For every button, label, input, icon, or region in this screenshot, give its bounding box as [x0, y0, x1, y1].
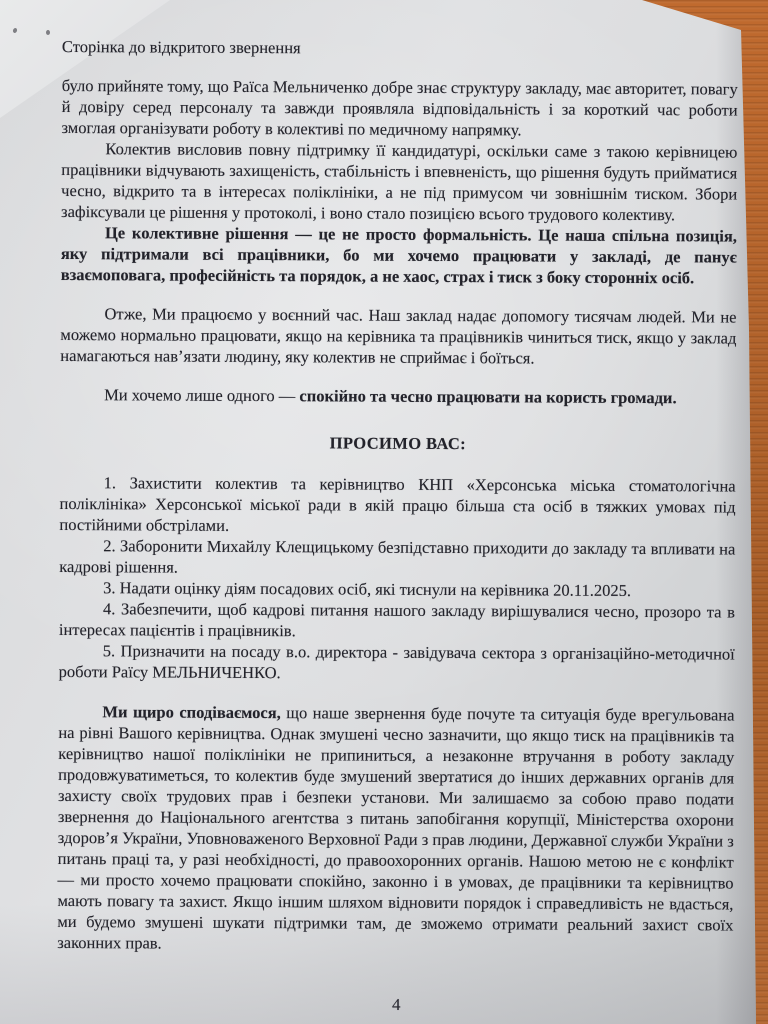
closing-paragraph: Ми щиро сподіваємося, що наше звернення …	[57, 701, 734, 957]
wish-text-bold: спокійно та чесно працювати на користь г…	[299, 386, 676, 407]
request-item-1: 1. Захистити колектив та керівництво КНП…	[59, 472, 735, 539]
staple-mark	[46, 30, 50, 35]
closing-text-bold: Ми щиро сподіваємося,	[102, 702, 280, 722]
request-item-4: 4. Забезпечити, щоб кадрові питання нашо…	[59, 598, 735, 644]
paragraph-collective-decision: Це колективне рішення — це не просто фор…	[61, 222, 737, 289]
document-page: Сторінка до відкритого звернення було пр…	[0, 0, 768, 1024]
section-heading: ПРОСИМО ВАС:	[60, 431, 736, 456]
page-number: 4	[392, 995, 401, 1015]
request-item-2: 2. Заборонити Михайлу Клещицькому безпід…	[59, 535, 735, 581]
header-note: Сторінка до відкритого звернення	[62, 36, 738, 61]
request-item-5: 5. Призначити на посаду в.о. директора -…	[59, 640, 735, 686]
paragraph-collective-support: Колектив висловив повну підтримку її кан…	[61, 138, 737, 226]
paragraph-intro: було прийняте тому, що Раїса Мельниченко…	[61, 75, 737, 142]
closing-text-rest: що наше звернення буде почуте та ситуаці…	[57, 703, 734, 952]
paragraph-wartime: Отже, Ми працюємо у воєнний час. Наш зак…	[60, 303, 736, 370]
paragraph-wish: Ми хочемо лише одного — спокійно та чесн…	[60, 384, 736, 409]
document-text: Сторінка до відкритого звернення було пр…	[57, 36, 738, 957]
wish-text-normal: Ми хочемо лише одного —	[104, 385, 299, 405]
